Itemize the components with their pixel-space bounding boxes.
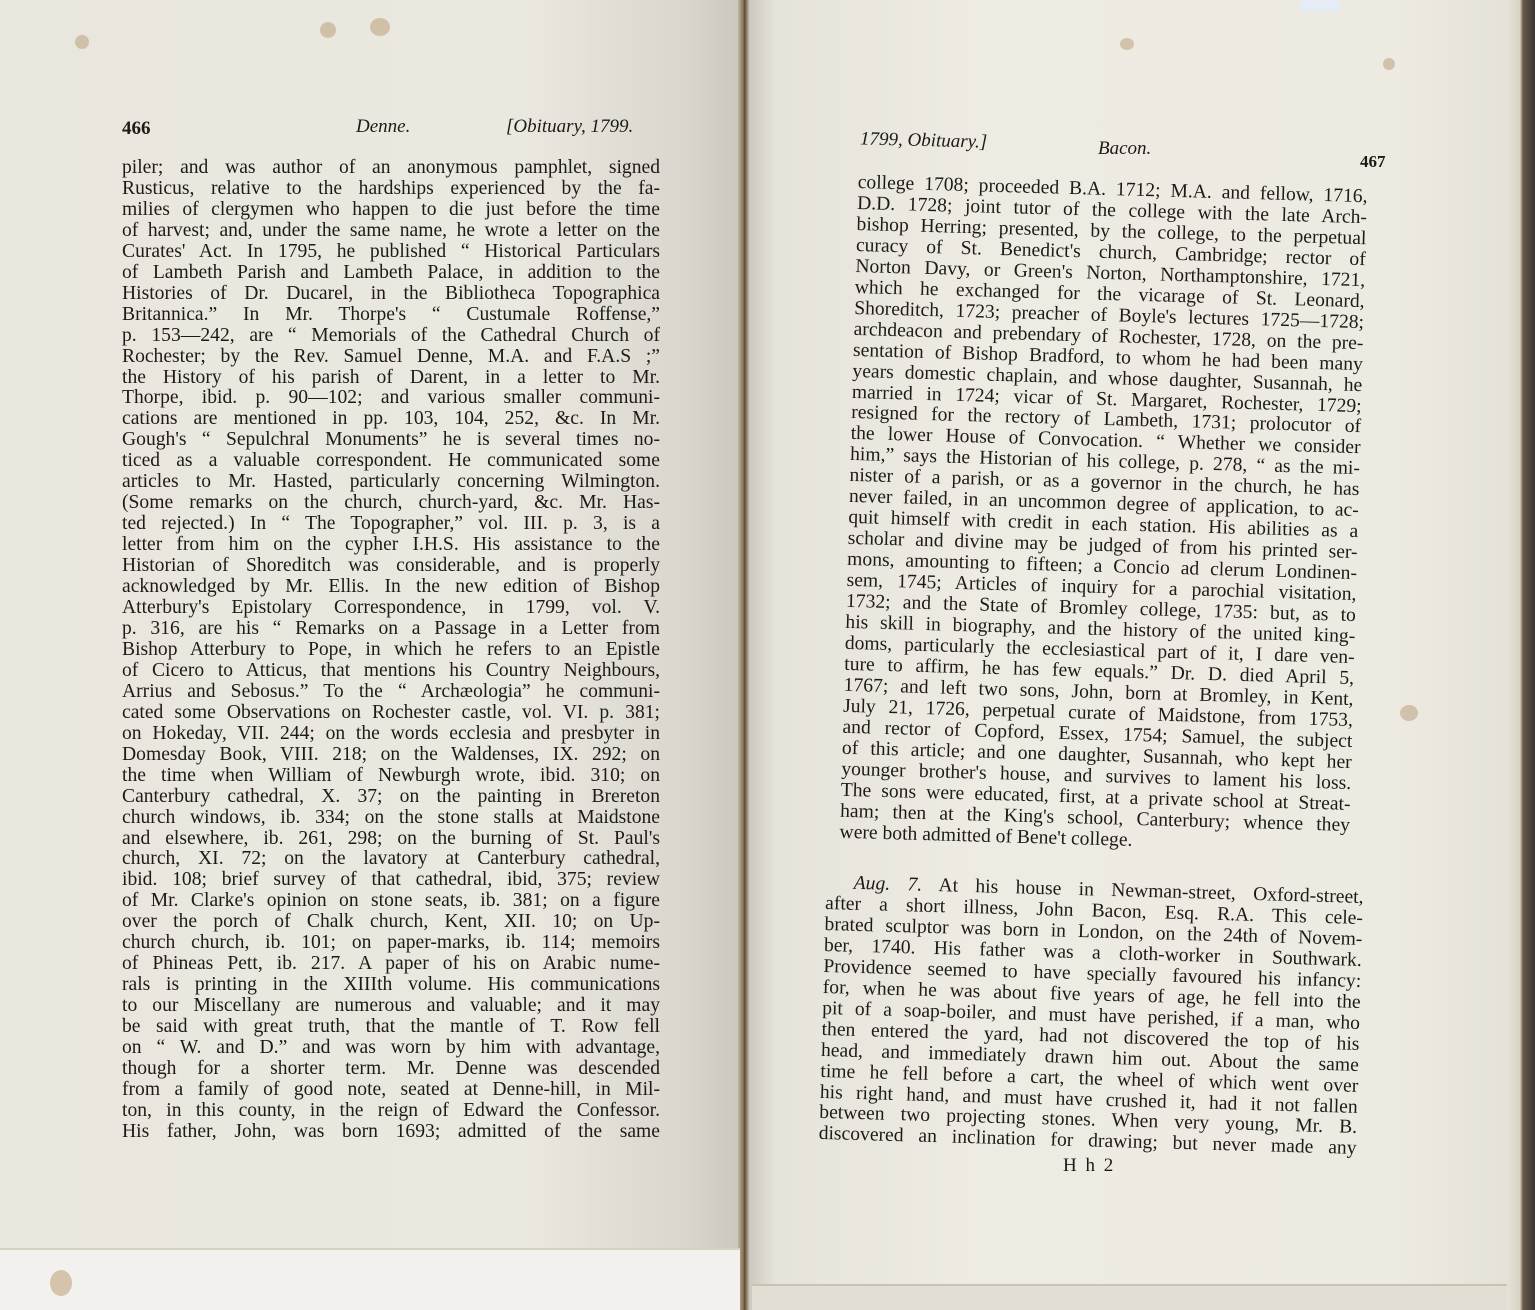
text-line: on Hokeday, VII. 244; on the words eccle… [122, 724, 660, 745]
text-line: p. 153—242, are “ Memorials of the Cathe… [122, 326, 660, 347]
text-line: Arrius and Sebosus.” To the “ Archæologi… [122, 682, 660, 703]
book-spread: 466 Denne. [Obituary, 1799. piler; and w… [0, 0, 1535, 1310]
page-edge [1505, 0, 1535, 1310]
text-line: ted rejected.) In “ The Topographer,” vo… [122, 514, 660, 535]
text-line: Canterbury cathedral, X. 37; on the pain… [122, 787, 660, 808]
text-line: of Cicero to Atticus, that mentions his … [122, 661, 660, 682]
text-line: articles to Mr. Hasted, particularly con… [122, 472, 660, 493]
signature-mark: H h 2 [1063, 1155, 1115, 1177]
text-line: church church, ib. 101; on paper-marks, … [122, 933, 660, 954]
page-number: 467 [1360, 152, 1386, 172]
text-line: Bishop Atterbury to Pope, in which he re… [122, 640, 660, 661]
text-line: Thorpe, ibid. p. 90—102; and various sma… [122, 388, 660, 409]
water-stain [0, 1248, 740, 1310]
text-line: the History of his parish of Darent, in … [122, 368, 660, 389]
foxing-spot [1383, 58, 1395, 70]
water-stain [752, 1284, 1507, 1310]
text-line: on “ W. and D.” and was worn by him with… [122, 1038, 660, 1059]
page-header-left: 466 [122, 118, 151, 140]
text-line: Gough's “ Sepulchral Monuments” he is se… [122, 430, 660, 451]
foxing-spot [50, 1270, 72, 1296]
obituary-entry: Aug. 7. At his house in Newman-street, O… [818, 873, 1363, 1160]
text-line: of Mr. Clarke's opinion on stone seats, … [122, 891, 660, 912]
text-line: Histories of Dr. Ducarel, in the Bibliot… [122, 284, 660, 305]
foxing-spot [1400, 705, 1418, 721]
running-title: Bacon. [1098, 138, 1151, 160]
text-line: (Some remarks on the church, church-yard… [122, 493, 660, 514]
text-line: rals is printing in the XIIIth volume. H… [122, 975, 660, 996]
text-line: Rochester; by the Rev. Samuel Denne, M.A… [122, 347, 660, 368]
text-line: though for a shorter term. Mr. Denne was… [122, 1059, 660, 1080]
text-line: ibid. 108; brief survey of that cathedra… [122, 870, 660, 891]
right-text-column: college 1708; proceeded B.A. 1712; M.A. … [839, 173, 1368, 857]
text-line: church, XI. 72; on the lavatory at Cante… [122, 849, 660, 870]
text-line: and elsewhere, ib. 261, 298; on the burn… [122, 829, 660, 850]
section-label: 1799, Obituary.] [860, 128, 988, 153]
text-line: Britannica.” In Mr. Thorpe's “ Custumale… [122, 305, 660, 326]
foxing-spot [370, 18, 390, 36]
foxing-spot [1120, 38, 1134, 50]
text-line: the time when William of Newburgh wrote,… [122, 766, 660, 787]
foxing-spot [75, 35, 89, 49]
book-gutter [738, 0, 750, 1310]
left-text-column: piler; and was author of an anonymous pa… [122, 158, 660, 1143]
text-line: church windows, ib. 334; on the stone st… [122, 808, 660, 829]
text-line: of Lambeth Parish and Lambeth Palace, in… [122, 263, 660, 284]
text-line: Historian of Shoreditch was considerable… [122, 556, 660, 577]
text-line: letter from him on the cypher I.H.S. His… [122, 535, 660, 556]
page-number: 466 [122, 118, 151, 139]
text-line: ticed as a valuable correspondent. He co… [122, 451, 660, 472]
text-line: be said with great truth, that the mantl… [122, 1017, 660, 1038]
text-line: over the porch of Chalk church, Kent, XI… [122, 912, 660, 933]
text-line: piler; and was author of an anonymous pa… [122, 158, 660, 179]
text-line: acknowledged by Mr. Ellis. In the new ed… [122, 577, 660, 598]
section-label: [Obituary, 1799. [506, 116, 633, 138]
text-line: of Phineas Pett, ib. 217. A paper of his… [122, 954, 660, 975]
background-strip [1300, 0, 1340, 12]
text-line: milies of clergymen who happen to die ju… [122, 200, 660, 221]
text-line: cated some Observations on Rochester cas… [122, 703, 660, 724]
entry-date: Aug. 7. [853, 873, 922, 896]
text-line: Rusticus, relative to the hardships expe… [122, 179, 660, 200]
text-line: p. 316, are his “ Remarks on a Passage i… [122, 619, 660, 640]
text-line: Atterbury's Epistolary Correspondence, i… [122, 598, 660, 619]
text-line: Curates' Act. In 1795, he published “ Hi… [122, 242, 660, 263]
text-line: cations are mentioned in pp. 103, 104, 2… [122, 409, 660, 430]
text-line: Domesday Book, VIII. 218; on the Waldens… [122, 745, 660, 766]
text-line: His father, John, was born 1693; admitte… [122, 1122, 660, 1143]
foxing-spot [320, 22, 336, 38]
running-title: Denne. [356, 116, 410, 138]
text-line: of harvest; and, under the same name, he… [122, 221, 660, 242]
text-line: ton, in this county, in the reign of Edw… [122, 1101, 660, 1122]
text-line: from a family of good note, seated at De… [122, 1080, 660, 1101]
text-line: to our Miscellany are numerous and valua… [122, 996, 660, 1017]
